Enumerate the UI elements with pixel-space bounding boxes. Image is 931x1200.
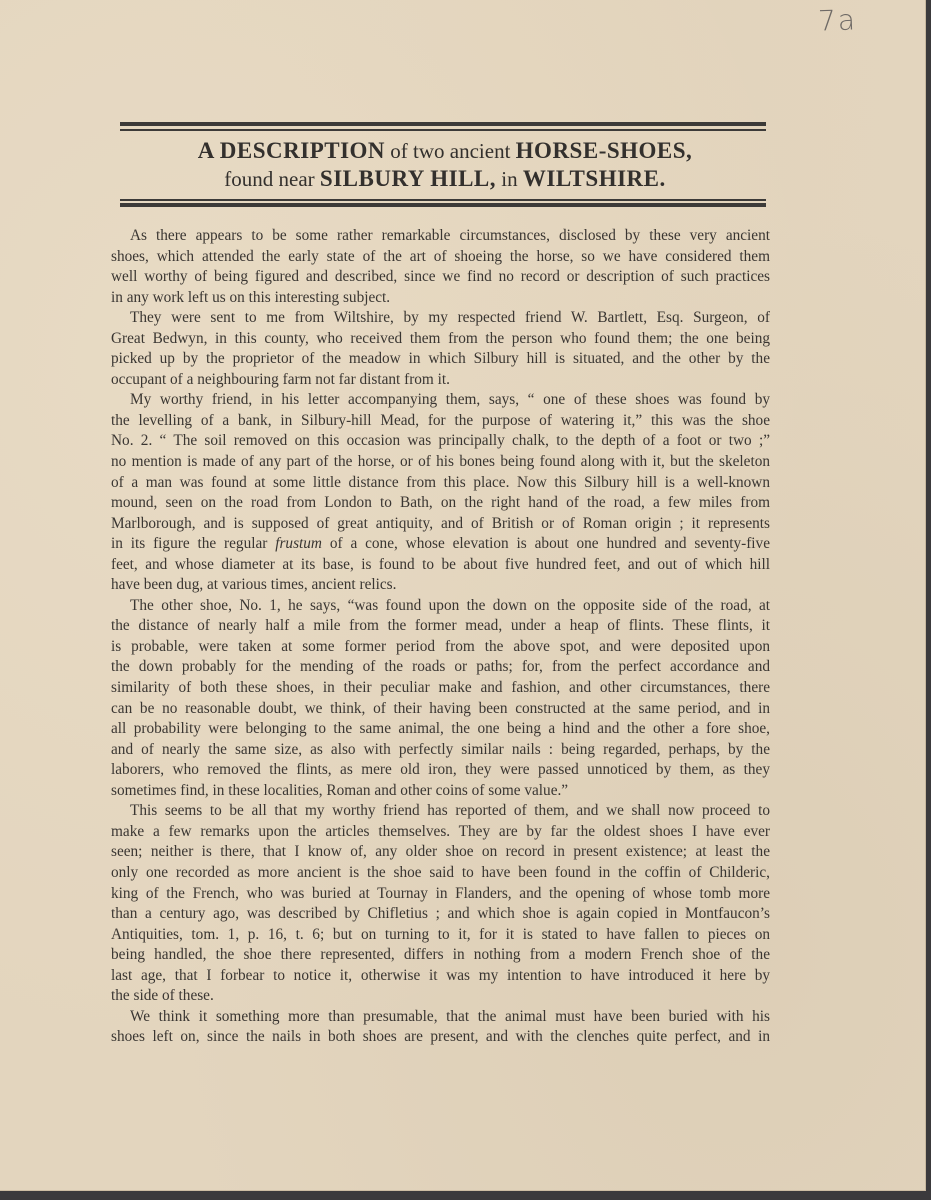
article-title: A DESCRIPTION of two ancient HORSE-SHOES… bbox=[110, 137, 780, 193]
text-line: occupant of a neighbouring farm not far … bbox=[111, 370, 770, 391]
text-line: The other shoe, No. 1, he says, “was fou… bbox=[111, 596, 770, 617]
text-line: the distance of nearly half a mile from … bbox=[111, 616, 770, 637]
text-line: and of nearly the same size, as also wit… bbox=[111, 740, 770, 761]
italic-term-frustum: frustum bbox=[275, 535, 322, 552]
text-line: Great Bedwyn, in this county, who receiv… bbox=[111, 329, 770, 350]
text-fragment: in its figure the regular bbox=[111, 535, 275, 552]
text-line: in any work left us on this interesting … bbox=[111, 288, 770, 309]
text-line: mound, seen on the road from London to B… bbox=[111, 493, 770, 514]
text-line: shoes, which attended the early state of… bbox=[111, 247, 770, 268]
text-line: laborers, who removed the flints, as mer… bbox=[111, 760, 770, 781]
paragraph-1: As there appears to be some rather remar… bbox=[111, 226, 770, 308]
paragraph-3: My worthy friend, in his letter accompan… bbox=[111, 390, 770, 595]
text-line: No. 2. “ The soil removed on this occasi… bbox=[111, 431, 770, 452]
text-line: all probability were belonging to the sa… bbox=[111, 719, 770, 740]
text-line: They were sent to me from Wiltshire, by … bbox=[111, 308, 770, 329]
text-line: We think it something more than presumab… bbox=[111, 1007, 770, 1028]
title-text: of two ancient bbox=[385, 139, 516, 163]
text-line: sometimes find, in these localities, Rom… bbox=[111, 781, 770, 802]
text-line: Antiquities, tom. 1, p. 16, t. 6; but on… bbox=[111, 925, 770, 946]
text-line: make a few remarks upon the articles the… bbox=[111, 822, 770, 843]
document-page: 7a A DESCRIPTION of two ancient HORSE-SH… bbox=[0, 0, 926, 1191]
text-line: of a man was found at some little distan… bbox=[111, 473, 770, 494]
text-line: than a century ago, was described by Chi… bbox=[111, 904, 770, 925]
title-caps-wiltshire: WILTSHIRE. bbox=[523, 166, 666, 191]
text-line: being handled, the shoe there represente… bbox=[111, 945, 770, 966]
text-line: similarity of both these shoes, in their… bbox=[111, 678, 770, 699]
text-line: king of the French, who was buried at To… bbox=[111, 884, 770, 905]
text-fragment: of a cone, whose elevation is about one … bbox=[322, 535, 770, 552]
text-line-frustum: in its figure the regular frustum of a c… bbox=[111, 534, 770, 555]
title-text: found near bbox=[224, 167, 320, 191]
text-line: the down probably for the mending of the… bbox=[111, 657, 770, 678]
title-rule-bottom-thick bbox=[120, 203, 766, 207]
title-caps-description: A DESCRIPTION bbox=[198, 138, 385, 163]
handwritten-page-number: 7a bbox=[817, 3, 857, 37]
text-line: As there appears to be some rather remar… bbox=[111, 226, 770, 247]
paragraph-4: The other shoe, No. 1, he says, “was fou… bbox=[111, 596, 770, 801]
text-line: well worthy of being figured and describ… bbox=[111, 267, 770, 288]
title-caps-silbury-hill: SILBURY HILL, bbox=[320, 166, 496, 191]
title-text: in bbox=[496, 167, 523, 191]
paragraph-5: This seems to be all that my worthy frie… bbox=[111, 801, 770, 1006]
article-body: As there appears to be some rather remar… bbox=[111, 226, 770, 1048]
text-line: have been dug, at various times, ancient… bbox=[111, 575, 770, 596]
text-line: This seems to be all that my worthy frie… bbox=[111, 801, 770, 822]
title-line-1: A DESCRIPTION of two ancient HORSE-SHOES… bbox=[110, 137, 780, 165]
title-rule-top-thick bbox=[120, 122, 766, 126]
text-line: the levelling of a bank, in Silbury-hill… bbox=[111, 411, 770, 432]
paragraph-2: They were sent to me from Wiltshire, by … bbox=[111, 308, 770, 390]
text-line: picked up by the proprietor of the meado… bbox=[111, 349, 770, 370]
title-line-2: found near SILBURY HILL, in WILTSHIRE. bbox=[110, 165, 780, 193]
paragraph-6: We think it something more than presumab… bbox=[111, 1007, 770, 1048]
title-rule-bottom-thin bbox=[120, 199, 766, 201]
text-line: Marlborough, and is supposed of great an… bbox=[111, 514, 770, 535]
text-line: no mention is made of any part of the ho… bbox=[111, 452, 770, 473]
text-line: seen; neither is there, that I know of, … bbox=[111, 842, 770, 863]
text-line: is probable, were taken at some former p… bbox=[111, 637, 770, 658]
text-line: the side of these. bbox=[111, 986, 770, 1007]
text-line: feet, and whose diameter at its base, is… bbox=[111, 555, 770, 576]
text-line: only one recorded as more ancient is the… bbox=[111, 863, 770, 884]
text-line: can be no reasonable doubt, we think, of… bbox=[111, 699, 770, 720]
text-line: shoes left on, since the nails in both s… bbox=[111, 1027, 770, 1048]
title-caps-horse-shoes: HORSE-SHOES, bbox=[516, 138, 693, 163]
text-line: last age, that I forbear to notice it, o… bbox=[111, 966, 770, 987]
text-line: My worthy friend, in his letter accompan… bbox=[111, 390, 770, 411]
title-rule-top-thin bbox=[120, 129, 766, 131]
